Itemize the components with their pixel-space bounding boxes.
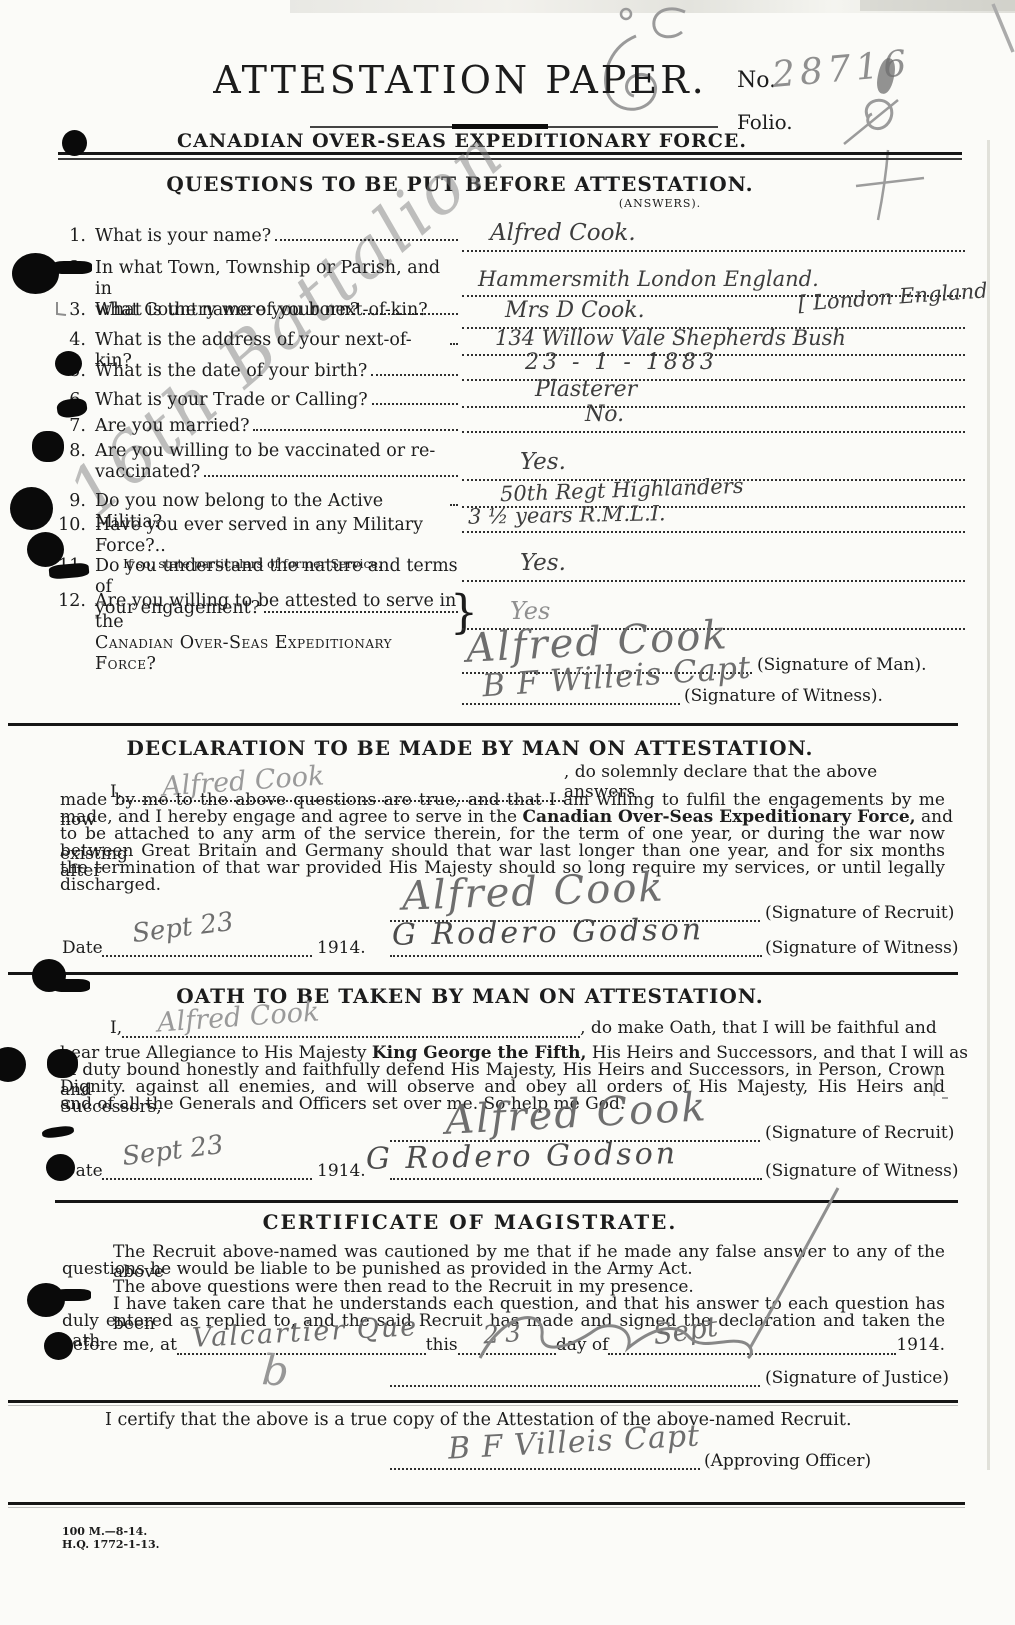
page-title: ATTESTATION PAPER. bbox=[160, 58, 760, 102]
answer-handwritten: 3 ½ years R.M.L.I. bbox=[468, 503, 666, 527]
dotted-leader bbox=[275, 239, 458, 241]
declaration-witness-signature: G Rodero Godson bbox=[392, 915, 705, 950]
answers-label: (ANSWERS). bbox=[610, 197, 710, 210]
oath-intro-prefix: I, bbox=[110, 1018, 122, 1038]
divider-declaration bbox=[8, 723, 958, 726]
question-text: What is the date of your birth? bbox=[95, 361, 367, 382]
ink-blot bbox=[47, 1049, 78, 1078]
ink-blot bbox=[44, 1332, 73, 1360]
declaration-date-line bbox=[102, 955, 312, 957]
question-text: What is your Trade or Calling? bbox=[95, 390, 368, 411]
question-text: What is your name? bbox=[95, 226, 271, 247]
justice-signature-scrawl bbox=[450, 1180, 860, 1395]
dotted-leader bbox=[371, 374, 458, 376]
dotted-leader bbox=[204, 475, 458, 477]
witness-signature-label: (Signature of Witness). bbox=[684, 686, 883, 706]
declaration-recruit-label: (Signature of Recruit) bbox=[765, 903, 954, 923]
oath-date-line bbox=[102, 1178, 312, 1180]
pencil-stroke-top-right bbox=[985, 2, 1015, 57]
pencil-tick-q3 bbox=[53, 300, 69, 318]
question-text: Are you married? bbox=[95, 416, 249, 437]
declaration-recruit-signature: Alfred Cook bbox=[401, 867, 665, 916]
dotted-leader bbox=[432, 313, 458, 315]
ink-blot bbox=[10, 487, 53, 530]
answer-handwritten: Plasterer bbox=[535, 379, 637, 401]
before-me-label: before me, at bbox=[62, 1335, 177, 1355]
ink-blot bbox=[27, 532, 64, 567]
divider-oath bbox=[8, 972, 958, 975]
question-number: 10. bbox=[58, 515, 86, 536]
question-row: 1.What is your name? bbox=[58, 226, 458, 247]
question-number: 12. bbox=[58, 591, 86, 612]
answer-handwritten: Yes. bbox=[520, 552, 566, 575]
double-rule-top-2 bbox=[58, 158, 962, 160]
question-text: Are you willing to be vaccinated or re- bbox=[95, 441, 435, 461]
certificate-year: 1914. bbox=[896, 1335, 945, 1355]
divider-footer-echo bbox=[8, 1507, 965, 1508]
answer-handwritten: Mrs D Cook. bbox=[505, 300, 645, 322]
declaration-witness-label: (Signature of Witness) bbox=[765, 938, 959, 958]
oath-recruit-label: (Signature of Recruit) bbox=[765, 1123, 954, 1143]
answer-line bbox=[462, 531, 965, 533]
declaration-witness-line bbox=[390, 955, 762, 957]
question-row: 6.What is your Trade or Calling? bbox=[58, 390, 458, 411]
question-number: 9. bbox=[58, 491, 86, 512]
pencil-mark-right-margin bbox=[928, 1068, 953, 1103]
ink-blot bbox=[32, 431, 64, 462]
question-text: vaccinated? bbox=[95, 462, 200, 483]
divider-certify bbox=[8, 1400, 958, 1403]
ink-blot bbox=[12, 253, 59, 294]
dotted-leader bbox=[450, 504, 458, 506]
divider-certify-echo bbox=[8, 1405, 958, 1406]
oath-year: 1914. bbox=[317, 1161, 366, 1181]
answer-handwritten: 50th Regt Highlanders bbox=[500, 476, 744, 505]
declaration-date-handwritten: Sept 23 bbox=[131, 909, 235, 947]
ink-blot bbox=[52, 261, 92, 274]
ink-blot bbox=[0, 1047, 26, 1082]
divider-footer bbox=[8, 1502, 965, 1505]
question-text: Are you willing to be attested to serve … bbox=[95, 591, 456, 632]
dotted-leader bbox=[253, 429, 458, 431]
right-edge-scan-line bbox=[987, 140, 990, 1470]
certify-line: I certify that the above is a true copy … bbox=[105, 1410, 852, 1430]
question-row: 8.Are you willing to be vaccinated or re… bbox=[58, 441, 458, 483]
ink-blot bbox=[55, 1289, 91, 1301]
answer-handwritten: Yes bbox=[510, 599, 550, 623]
answer-handwritten: Yes. bbox=[520, 451, 566, 474]
oath-witness-label: (Signature of Witness) bbox=[765, 1161, 959, 1181]
ink-blot bbox=[55, 351, 82, 376]
ink-blot bbox=[62, 130, 87, 156]
question-row: 3.What is the name of your next-of-kin? bbox=[58, 300, 458, 321]
ink-blot bbox=[41, 1125, 74, 1139]
question-row: 12.Are you willing to be attested to ser… bbox=[58, 591, 458, 675]
question-text: Have you ever served in any Military For… bbox=[95, 515, 458, 557]
answer-handwritten: No. bbox=[585, 404, 624, 426]
oath-recruit-signature: Alfred Cook bbox=[444, 1087, 708, 1141]
oath-name-slot: Alfred Cook bbox=[122, 1012, 580, 1038]
no-label: No. bbox=[737, 68, 776, 93]
oath-intro-suffix: , do make Oath, that I will be faithful … bbox=[580, 1018, 937, 1038]
oath-heading: OATH TO BE TAKEN BY MAN ON ATTESTATION. bbox=[0, 984, 940, 1008]
question-text: Canadian Over-Seas Expeditionary Force? bbox=[95, 633, 458, 675]
declaration-year: 1914. bbox=[317, 938, 366, 958]
question-text: What is the name of your next-of-kin? bbox=[95, 300, 428, 321]
question-text: In what Town, Township or Parish, and in bbox=[95, 258, 440, 299]
question-number: 7. bbox=[58, 416, 86, 437]
certificate-pencil-mark: b bbox=[261, 1349, 291, 1393]
answer-line bbox=[462, 431, 965, 433]
dotted-leader bbox=[372, 403, 458, 405]
answer-line bbox=[462, 250, 965, 252]
answer-handwritten: 134 Willow Vale Shepherds Bush bbox=[495, 328, 846, 349]
double-rule-top-1 bbox=[58, 152, 962, 155]
dotted-leader bbox=[450, 343, 458, 345]
declaration-date-label: Date bbox=[62, 938, 103, 958]
form-number-line2: H.Q. 1772-1-13. bbox=[62, 1539, 159, 1551]
answer-handwritten: Hammersmith London England. bbox=[478, 269, 819, 290]
ink-blot bbox=[52, 979, 90, 992]
question-row: 5.What is the date of your birth? bbox=[58, 361, 458, 382]
place-slot: Valcartier Que bbox=[177, 1331, 426, 1355]
declaration-line: discharged. bbox=[60, 875, 161, 895]
answer-line bbox=[462, 580, 965, 582]
answer-handwritten: 23 - 1 - 1883 bbox=[525, 352, 718, 374]
form-number-line1: 100 M.—8-14. bbox=[62, 1526, 147, 1538]
attestation-paper-scan: ATTESTATION PAPER. No. 28716 Folio. CANA… bbox=[0, 0, 1015, 1625]
question-row: 7.Are you married? bbox=[58, 416, 458, 437]
question-number: 4. bbox=[58, 330, 86, 351]
oath-witness-signature: G Rodero Godson bbox=[366, 1139, 679, 1174]
man-signature-label: (Signature of Man). bbox=[757, 655, 927, 675]
question-number: 1. bbox=[58, 226, 86, 247]
approving-officer-label: (Approving Officer) bbox=[704, 1451, 871, 1471]
approving-officer-line bbox=[390, 1468, 700, 1470]
answer-extra-handwritten: [ London England bbox=[797, 280, 988, 314]
declaration-heading: DECLARATION TO BE MADE BY MAN ON ATTESTA… bbox=[0, 736, 940, 760]
oath-date-handwritten: Sept 23 bbox=[121, 1132, 225, 1170]
answer-line bbox=[462, 406, 965, 408]
answer-handwritten: Alfred Cook. bbox=[490, 222, 636, 245]
oath-intro-line: I, Alfred Cook , do make Oath, that I wi… bbox=[110, 1012, 945, 1038]
ink-blot bbox=[46, 1154, 75, 1181]
